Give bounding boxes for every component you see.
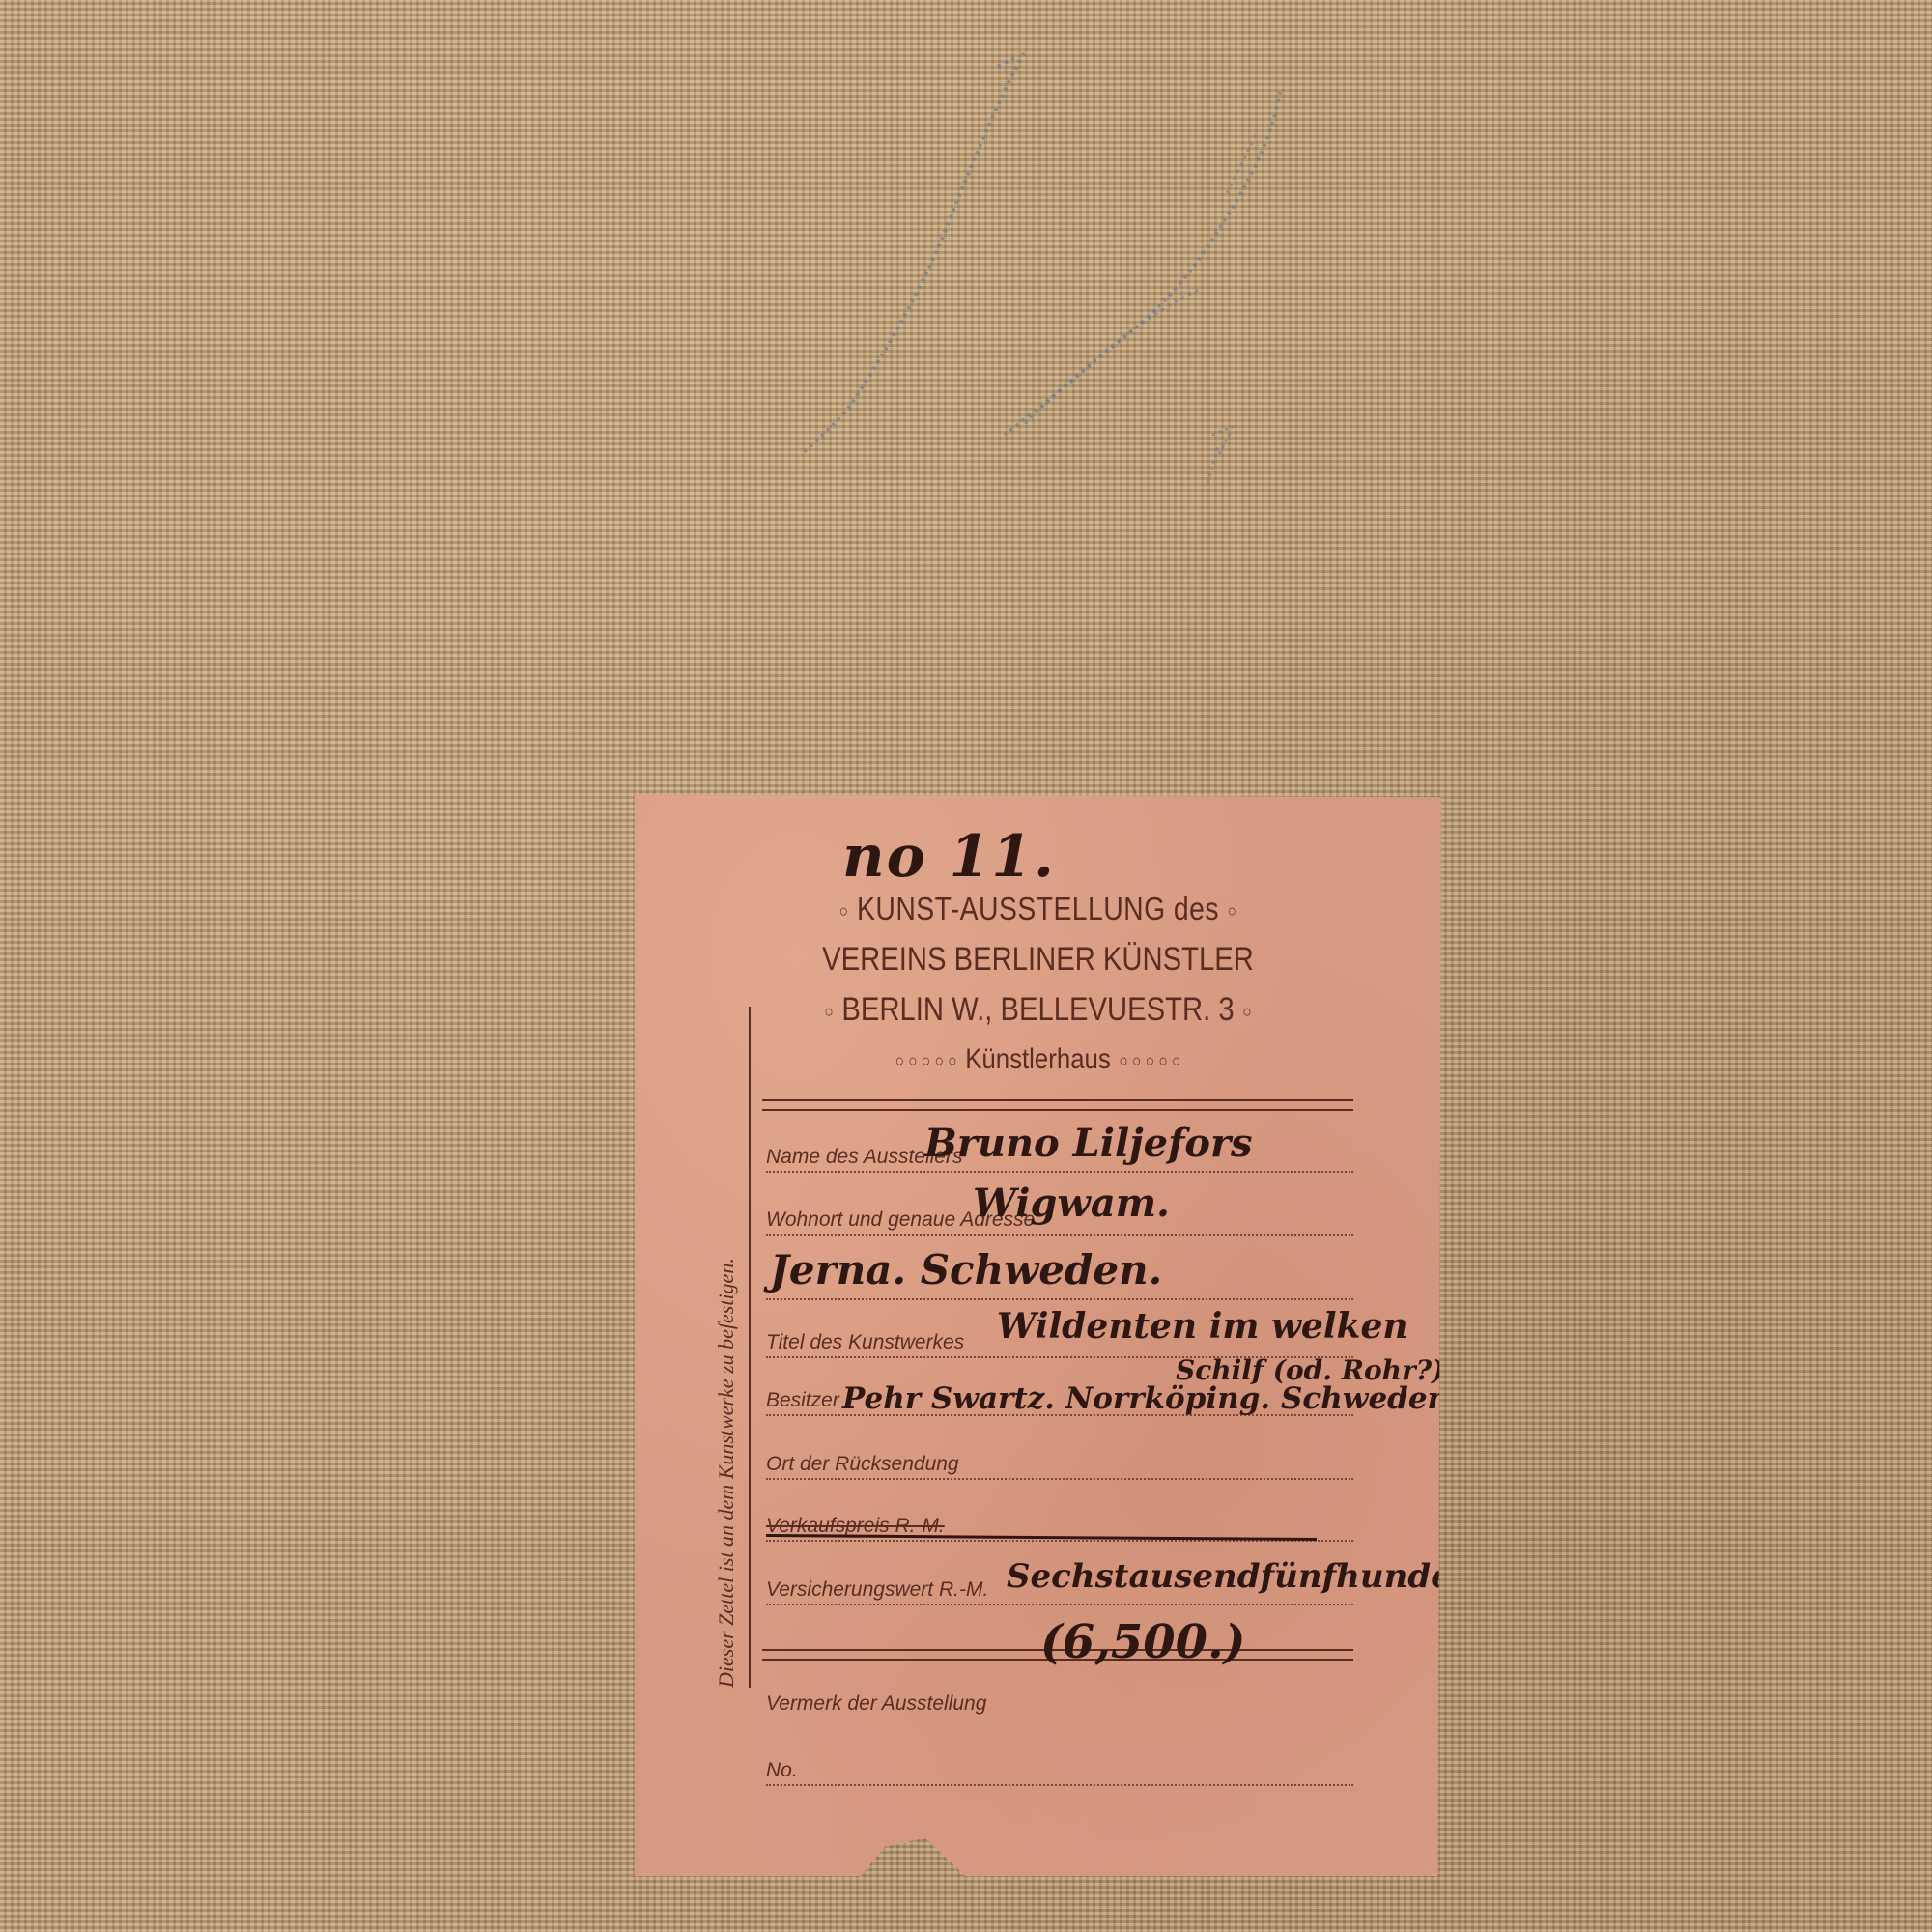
field-return-address: Ort der Rücksendung <box>766 1449 1353 1480</box>
header-line-4: ○ ○ ○ ○ ○Künstlerhaus○ ○ ○ ○ ○ <box>691 1043 1384 1076</box>
header-line-2: VEREINS BERLINER KÜNSTLER <box>691 941 1384 979</box>
side-rule <box>749 1007 751 1688</box>
field-owner-value: Pehr Swartz. Norrköping. Schweden. <box>842 1381 1460 1416</box>
bullet-icon: ○ <box>839 901 849 921</box>
side-note: Dieser Zettel ist an dem Kunstwerke zu b… <box>714 1258 739 1688</box>
bullet-icon: ○ <box>824 1002 833 1021</box>
header-line-1: ○KUNST-AUSSTELLUNG des○ <box>691 891 1384 927</box>
bullet-icon: ○ <box>1228 901 1237 921</box>
bullet-row-icon: ○ ○ ○ ○ ○ <box>895 1051 957 1070</box>
field-number: No. <box>766 1755 1353 1786</box>
header-rule-top <box>762 1099 1353 1101</box>
header-line-3: ○BERLIN W., BELLEVUESTR. 3○ <box>691 991 1384 1029</box>
bullet-row-icon: ○ ○ ○ ○ ○ <box>1119 1051 1180 1070</box>
field-name-value: Bruno Liljefors <box>924 1121 1253 1166</box>
header-rule-bottom <box>762 1109 1353 1111</box>
label-number: no 11. <box>842 823 1056 891</box>
field-insurance-value-number: (6,500.) <box>1040 1615 1245 1669</box>
field-insurance-value-text: Sechstausendfünfhundert <box>1007 1557 1484 1596</box>
field-address-value: Wigwam. <box>973 1180 1170 1226</box>
field-title-value: Wildenten im welken <box>997 1306 1408 1347</box>
exhibition-label: no 11. ○KUNST-AUSSTELLUNG des○ VEREINS B… <box>635 794 1441 1876</box>
field-exhibition-note: Vermerk der Ausstellung <box>766 1692 986 1716</box>
bullet-icon: ○ <box>1242 1002 1251 1021</box>
field-address-line-2-value: Jerna. Schweden. <box>770 1246 1162 1293</box>
